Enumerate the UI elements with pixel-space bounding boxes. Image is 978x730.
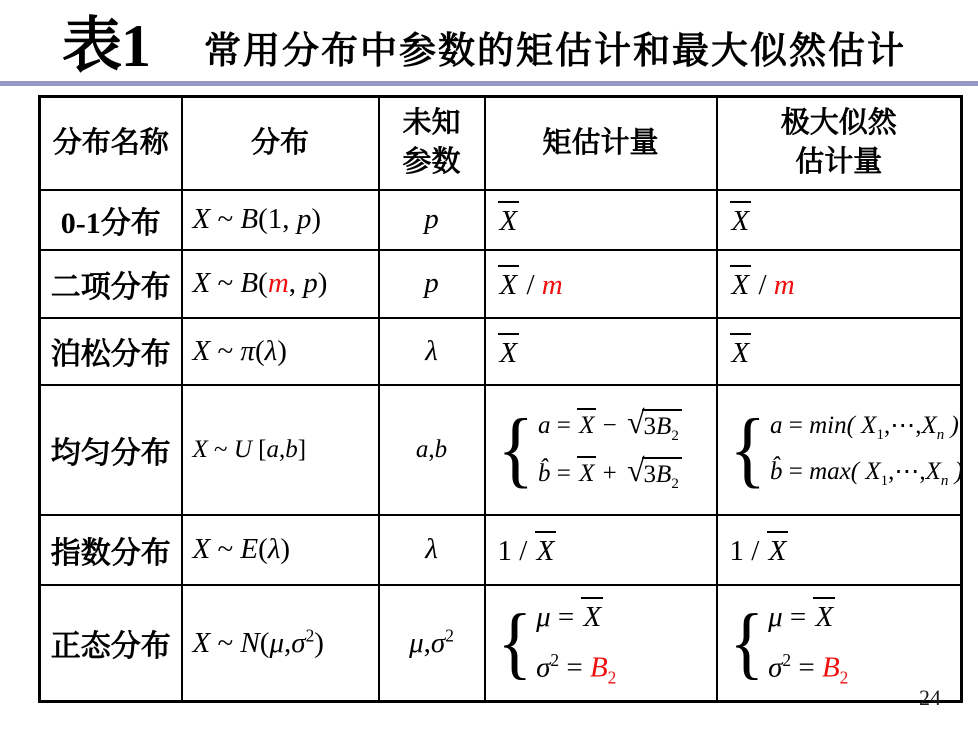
math-token: ): [314, 627, 324, 659]
math-token: X: [193, 436, 208, 463]
math-token: =: [550, 412, 577, 439]
math-token: a: [416, 436, 429, 463]
math-token: X: [193, 335, 211, 367]
math-token: U: [234, 436, 252, 463]
cell-distribution-name: 二项分布: [40, 250, 182, 318]
math-token: ): [311, 203, 321, 235]
math-token: B: [822, 652, 840, 684]
math-token: =: [791, 652, 822, 684]
math-token: (1,: [258, 203, 297, 235]
math-token: a: [770, 412, 783, 439]
math-token: min(: [809, 412, 861, 439]
math-token: B: [656, 461, 671, 488]
math-token: μ: [409, 627, 424, 659]
cell-unknown-params: μ,σ2: [379, 585, 485, 702]
math-token: X: [730, 265, 752, 300]
math-token: X: [581, 597, 603, 632]
formula: {μ = Xσ2 = B2: [730, 597, 849, 688]
table-row: 均匀分布X ~ U [a,b]a,b{a = X − √3B2b̂ = X + …: [40, 385, 962, 515]
cell-mle-estimator: 1 / X: [717, 515, 962, 585]
math-token: λ: [268, 533, 281, 565]
math-token: X: [193, 533, 211, 565]
math-token: B: [240, 203, 258, 235]
left-brace-icon: {: [498, 411, 534, 488]
math-token: 1: [881, 473, 889, 489]
math-token: ~: [210, 267, 240, 299]
math-token: 2: [306, 625, 315, 645]
header-distribution: 分布: [182, 97, 379, 190]
table-row: 二项分布X ~ B(m, p)pX / mX / m: [40, 250, 962, 318]
cell-moment-estimator: X / m: [485, 250, 717, 318]
formula: a,b: [416, 436, 447, 463]
equation-line: μ = X: [536, 597, 616, 634]
math-token: 1 /: [730, 535, 767, 567]
math-token: X: [865, 458, 880, 485]
formula: X: [730, 337, 752, 369]
math-token: X: [193, 267, 211, 299]
math-token: ): [318, 267, 328, 299]
cell-mle-estimator: X: [717, 190, 962, 250]
formula: p: [424, 267, 439, 299]
formula: X ~ B(m, p): [193, 267, 328, 299]
equation-line: a = min( X1,⋯,Xn ): [770, 410, 962, 444]
cell-moment-estimator: X: [485, 190, 717, 250]
math-token: B: [590, 652, 608, 684]
cell-distribution-name: 泊松分布: [40, 318, 182, 385]
left-brace-icon: {: [730, 411, 766, 488]
math-token: σ: [291, 627, 305, 659]
math-token: ): [280, 533, 290, 565]
table-row: 0-1分布X ~ B(1, p)pXX: [40, 190, 962, 250]
cell-distribution-name: 正态分布: [40, 585, 182, 702]
math-token: 2: [608, 667, 617, 687]
page-title: 常用分布中参数的矩估计和最大似然估计: [204, 32, 906, 76]
cell-mle-estimator: {a = min( X1,⋯,Xn )b̂ = max( X1,⋯,Xn ): [717, 385, 962, 515]
math-token: /: [519, 269, 542, 301]
math-token: =: [783, 601, 814, 633]
math-token: μ: [269, 627, 284, 659]
math-token: [: [252, 436, 267, 463]
cell-moment-estimator: 1 / X: [485, 515, 717, 585]
math-token: a: [266, 436, 279, 463]
math-token: N: [240, 627, 259, 659]
math-token: X: [577, 456, 596, 487]
math-token: ): [948, 458, 961, 485]
math-token: ~: [208, 436, 234, 463]
cell-unknown-params: λ: [379, 318, 485, 385]
math-token: λ: [265, 335, 278, 367]
math-token: ): [944, 412, 959, 439]
header-mle-estimator: 极大似然 估计量: [717, 97, 962, 190]
left-brace-icon: {: [730, 606, 765, 679]
cell-distribution: X ~ E(λ): [182, 515, 379, 585]
page-number: 24: [919, 687, 941, 709]
formula: X: [498, 337, 520, 369]
formula: μ,σ2: [409, 627, 454, 659]
header-unknown-params: 未知 参数: [379, 97, 485, 190]
cell-distribution: X ~ B(m, p): [182, 250, 379, 318]
formula: λ: [425, 533, 438, 565]
math-token: μ: [768, 601, 783, 633]
sqrt-radical: √3B2: [627, 457, 682, 492]
table-number-label: 表1: [62, 16, 150, 76]
cell-distribution: X ~ B(1, p): [182, 190, 379, 250]
math-token: X: [577, 408, 596, 439]
formula: X: [730, 205, 752, 237]
math-token: X: [921, 412, 936, 439]
math-token: X: [193, 203, 211, 235]
math-token: 2: [782, 650, 791, 670]
math-token: p: [424, 203, 439, 235]
formula: λ: [425, 335, 438, 367]
cell-mle-estimator: X / m: [717, 250, 962, 318]
math-token: ~: [210, 627, 240, 659]
table-row: 泊松分布X ~ π(λ)λXX: [40, 318, 962, 385]
math-token: σ: [768, 652, 782, 684]
math-token: (: [260, 627, 270, 659]
math-token: −: [596, 412, 623, 439]
math-token: ,: [289, 267, 304, 299]
formula: {a = min( X1,⋯,Xn )b̂ = max( X1,⋯,Xn ): [730, 410, 962, 490]
math-token: μ: [536, 601, 551, 633]
formula: X ~ N(μ,σ2): [193, 627, 324, 659]
math-token: 2: [671, 428, 679, 444]
math-token: ): [277, 335, 287, 367]
formula: X: [498, 205, 520, 237]
title-divider-line: [0, 81, 978, 86]
math-token: b̂: [538, 460, 551, 487]
formula: {a = X − √3B2b̂ = X + √3B2: [498, 408, 682, 492]
math-token: 3: [644, 461, 657, 488]
header-moment-estimator: 矩估计量: [485, 97, 717, 190]
equation-line: a = X − √3B2: [538, 408, 682, 444]
math-token: π: [240, 335, 255, 367]
math-token: ~: [210, 203, 240, 235]
math-token: E: [240, 533, 258, 565]
math-token: a: [538, 412, 551, 439]
math-token: /: [751, 269, 774, 301]
math-token: b: [435, 436, 448, 463]
math-token: X: [193, 627, 211, 659]
math-token: =: [782, 412, 809, 439]
cell-mle-estimator: {μ = Xσ2 = B2: [717, 585, 962, 702]
math-token: X: [813, 597, 835, 632]
estimators-table: 分布名称 分布 未知 参数 矩估计量 极大似然 估计量 0-1分布X ~ B(1…: [38, 95, 963, 703]
math-token: X: [498, 265, 520, 300]
math-token: X: [535, 531, 557, 566]
math-token: ,⋯,: [884, 412, 922, 439]
math-token: =: [782, 458, 809, 485]
cell-distribution-name: 0-1分布: [40, 190, 182, 250]
table-row: 正态分布X ~ N(μ,σ2)μ,σ2{μ = Xσ2 = B2{μ = Xσ2…: [40, 585, 962, 702]
formula: 1 / X: [498, 535, 557, 567]
formula: p: [424, 203, 439, 235]
equation-system: μ = Xσ2 = B2: [536, 597, 616, 688]
math-token: X: [730, 201, 752, 236]
math-token: 1 /: [498, 535, 535, 567]
table-body: 0-1分布X ~ B(1, p)pXX二项分布X ~ B(m, p)pX / m…: [40, 190, 962, 702]
math-token: 2: [671, 476, 679, 492]
table-row: 指数分布X ~ E(λ)λ1 / X1 / X: [40, 515, 962, 585]
math-token: b̂: [770, 458, 783, 485]
math-token: X: [498, 333, 520, 368]
math-token: 1: [876, 427, 884, 443]
radicand: 3B2: [642, 409, 682, 444]
cell-distribution: X ~ π(λ): [182, 318, 379, 385]
math-token: X: [730, 333, 752, 368]
math-token: 3: [644, 413, 657, 440]
math-token: λ: [425, 533, 438, 565]
math-token: B: [656, 413, 671, 440]
math-token: =: [559, 652, 590, 684]
slide-title: 表1 常用分布中参数的矩估计和最大似然估计: [0, 0, 978, 76]
math-token: p: [424, 267, 439, 299]
header-distribution-name: 分布名称: [40, 97, 182, 190]
math-token: λ: [425, 335, 438, 367]
equation-line: σ2 = B2: [768, 650, 848, 688]
cell-unknown-params: a,b: [379, 385, 485, 515]
equation-system: a = min( X1,⋯,Xn )b̂ = max( X1,⋯,Xn ): [770, 410, 962, 490]
cell-distribution-name: 指数分布: [40, 515, 182, 585]
formula: X / m: [498, 269, 563, 301]
equation-system: μ = Xσ2 = B2: [768, 597, 848, 688]
math-token: p: [303, 267, 318, 299]
math-token: B: [240, 267, 258, 299]
math-token: m: [268, 267, 289, 299]
equation-line: b̂ = X + √3B2: [538, 456, 682, 492]
math-token: p: [297, 203, 312, 235]
math-token: X: [861, 412, 876, 439]
math-token: b: [285, 436, 298, 463]
math-token: (: [258, 533, 268, 565]
formula: X ~ B(1, p): [193, 203, 321, 235]
math-token: (: [255, 335, 265, 367]
math-token: σ: [431, 627, 445, 659]
sqrt-radical: √3B2: [627, 409, 682, 444]
math-token: =: [551, 601, 582, 633]
cell-unknown-params: λ: [379, 515, 485, 585]
math-token: σ: [536, 652, 550, 684]
cell-distribution-name: 均匀分布: [40, 385, 182, 515]
left-brace-icon: {: [498, 606, 533, 679]
table-header-row: 分布名称 分布 未知 参数 矩估计量 极大似然 估计量: [40, 97, 962, 190]
cell-unknown-params: p: [379, 190, 485, 250]
math-token: X: [926, 458, 941, 485]
math-token: ~: [210, 533, 240, 565]
equation-line: μ = X: [768, 597, 848, 634]
cell-unknown-params: p: [379, 250, 485, 318]
formula: {μ = Xσ2 = B2: [498, 597, 617, 688]
math-token: =: [550, 460, 577, 487]
math-token: ,⋯,: [888, 458, 926, 485]
cell-moment-estimator: X: [485, 318, 717, 385]
math-token: 2: [840, 667, 849, 687]
math-token: ~: [210, 335, 240, 367]
math-token: m: [542, 269, 563, 301]
cell-moment-estimator: {a = X − √3B2b̂ = X + √3B2: [485, 385, 717, 515]
cell-distribution: X ~ U [a,b]: [182, 385, 379, 515]
cell-moment-estimator: {μ = Xσ2 = B2: [485, 585, 717, 702]
formula: X ~ E(λ): [193, 533, 291, 565]
cell-mle-estimator: X: [717, 318, 962, 385]
math-token: (: [258, 267, 268, 299]
math-token: max(: [809, 458, 865, 485]
math-token: ,: [424, 627, 431, 659]
cell-distribution: X ~ N(μ,σ2): [182, 585, 379, 702]
math-token: 2: [550, 650, 559, 670]
formula: X / m: [730, 269, 795, 301]
math-token: m: [774, 269, 795, 301]
math-token: ]: [298, 436, 306, 463]
math-token: X: [767, 531, 789, 566]
equation-system: a = X − √3B2b̂ = X + √3B2: [538, 408, 682, 492]
math-token: X: [498, 201, 520, 236]
formula: 1 / X: [730, 535, 789, 567]
equation-line: b̂ = max( X1,⋯,Xn ): [770, 456, 962, 490]
formula: X ~ π(λ): [193, 335, 287, 367]
formula: X ~ U [a,b]: [193, 436, 307, 463]
equation-line: σ2 = B2: [536, 650, 616, 688]
radicand: 3B2: [642, 457, 682, 492]
math-token: +: [596, 460, 623, 487]
math-token: 2: [445, 625, 454, 645]
